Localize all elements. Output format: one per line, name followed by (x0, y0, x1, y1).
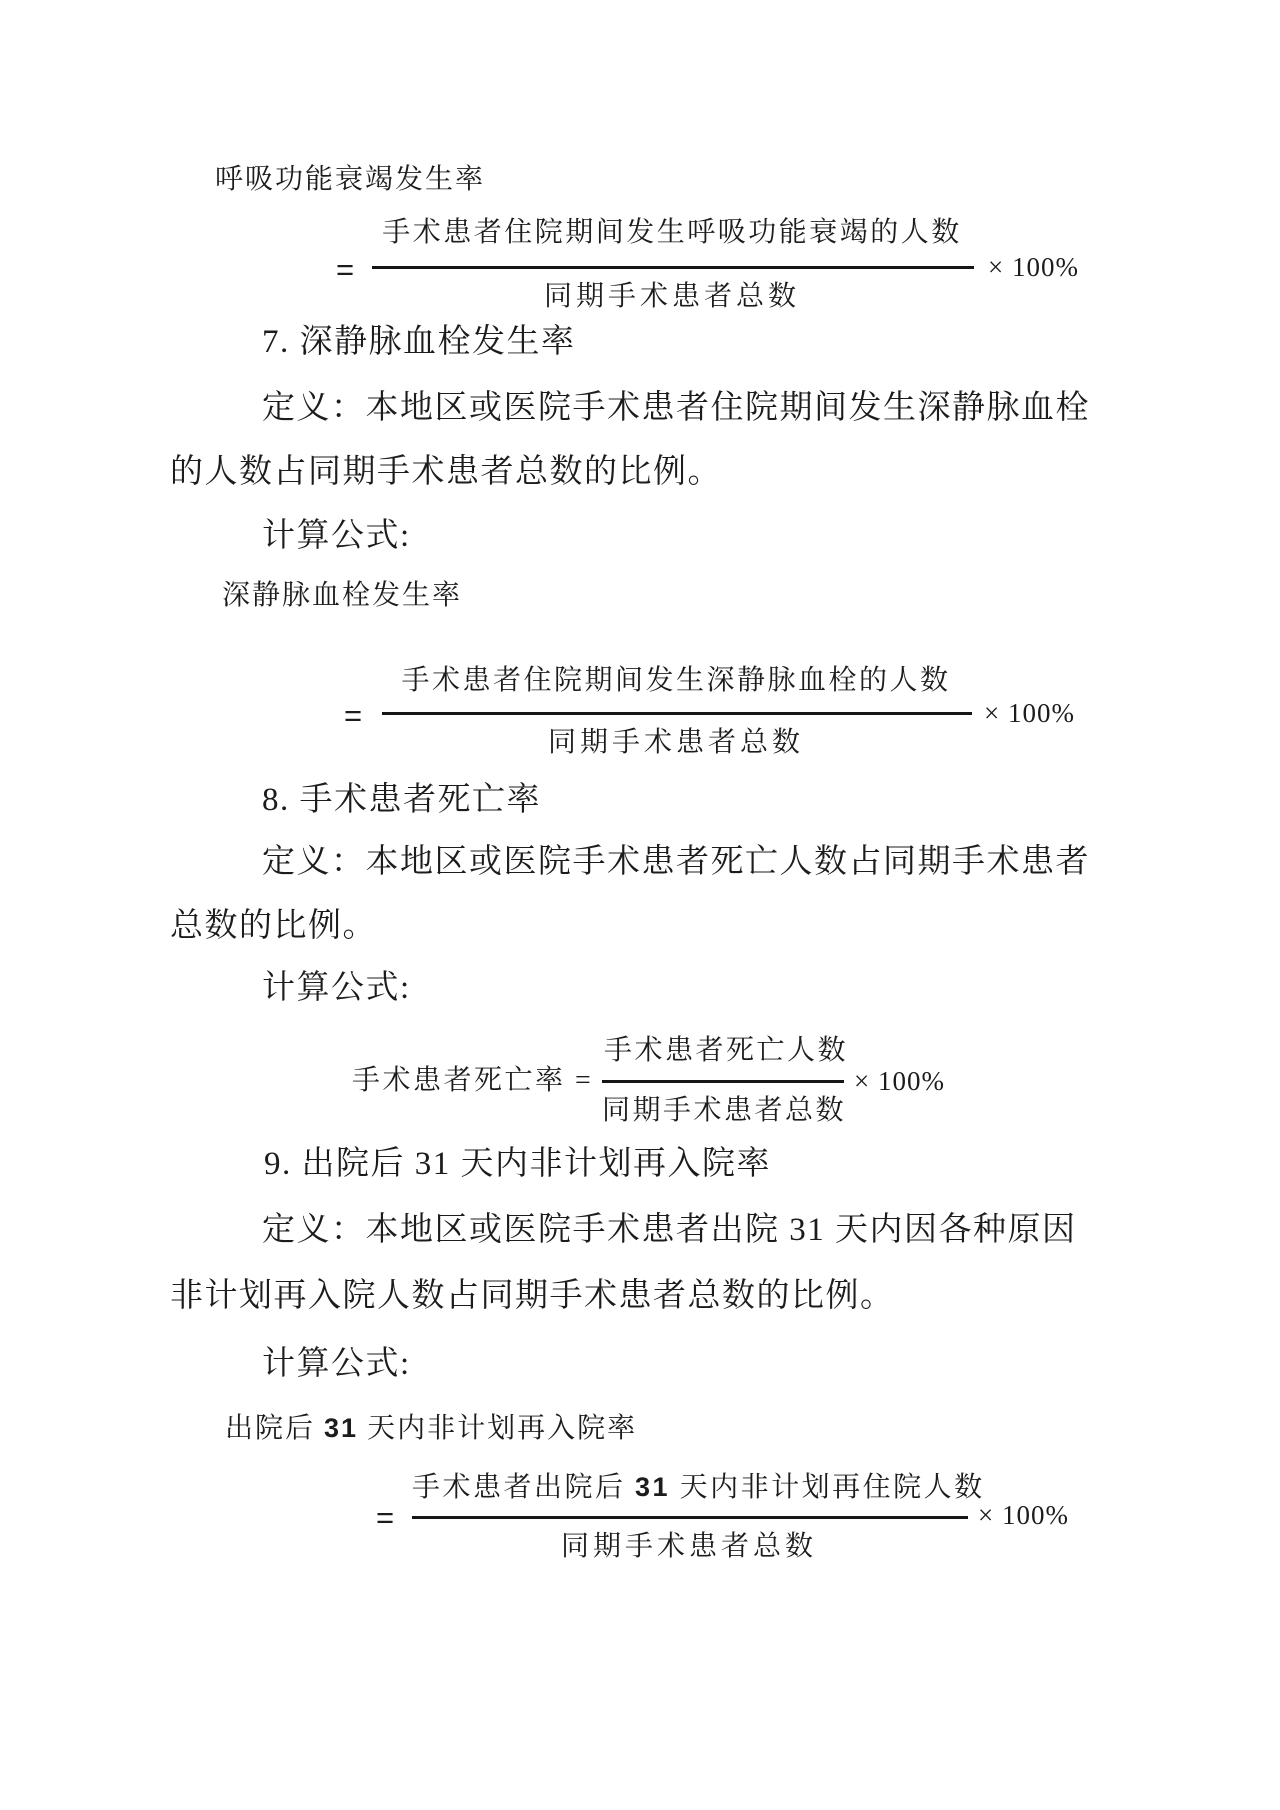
mortality-numerator: 手术患者死亡人数 (604, 1034, 844, 1068)
resp-failure-denominator: 同期手术患者总数 (372, 280, 972, 314)
definition-text: 天内因各种原因 (825, 1212, 1076, 1248)
mortality-formula-label: 手术患者死亡率 = (352, 1064, 593, 1098)
dvt-equals-sign: = (344, 698, 362, 734)
resp-failure-formula-label: 呼吸功能衰竭发生率 (215, 162, 485, 198)
numerator-text: 手术患者出院后 (412, 1472, 635, 1503)
resp-failure-equals-sign: = (336, 252, 354, 288)
readmission-equals-sign: = (376, 1500, 394, 1536)
definition-text: 定义：本地区或医院手术患者出院 (262, 1212, 789, 1248)
section7-calc-label: 计算公式: (262, 516, 411, 556)
fraction-line (372, 266, 974, 269)
section9-definition-line1: 定义：本地区或医院手术患者出院 31 天内因各种原因 (262, 1210, 1077, 1250)
section7-heading: 7. 深静脉血栓发生率 (262, 322, 576, 362)
readmission-denominator: 同期手术患者总数 (412, 1530, 966, 1564)
numerator-number: 31 (635, 1472, 670, 1502)
section8-heading: 8. 手术患者死亡率 (262, 780, 541, 820)
section7-definition-line2: 的人数占同期手术患者总数的比例。 (170, 452, 722, 492)
section7-definition-line1: 定义：本地区或医院手术患者住院期间发生深静脉血栓 (262, 388, 1090, 428)
resp-failure-numerator: 手术患者住院期间发生呼吸功能衰竭的人数 (372, 216, 972, 250)
dvt-formula-label: 深静脉血栓发生率 (222, 578, 462, 614)
document-page: 呼吸功能衰竭发生率 = 手术患者住院期间发生呼吸功能衰竭的人数 同期手术患者总数… (0, 0, 1280, 1810)
label-number: 31 (324, 1413, 358, 1443)
section8-calc-label: 计算公式: (262, 968, 411, 1008)
label-text: 天内非计划再入院率 (358, 1413, 637, 1444)
section8-definition-line2: 总数的比例。 (170, 906, 377, 946)
section8-definition-line1: 定义：本地区或医院手术患者死亡人数占同期手术患者 (262, 842, 1090, 882)
mortality-denominator: 同期手术患者总数 (592, 1094, 856, 1128)
resp-failure-multiplier: × 100% (988, 252, 1079, 283)
readmission-numerator: 手术患者出院后 31 天内非计划再住院人数 (412, 1470, 966, 1505)
dvt-denominator: 同期手术患者总数 (382, 726, 970, 760)
numerator-text: 天内非计划再住院人数 (670, 1472, 985, 1503)
dvt-numerator: 手术患者住院期间发生深静脉血栓的人数 (382, 664, 970, 698)
section9-calc-label: 计算公式: (262, 1344, 411, 1384)
readmission-formula-label: 出院后 31 天内非计划再入院率 (225, 1410, 637, 1447)
mortality-multiplier: × 100% (854, 1066, 945, 1097)
dvt-multiplier: × 100% (984, 698, 1075, 729)
fraction-line (602, 1080, 844, 1083)
fraction-line (412, 1516, 968, 1519)
fraction-line (382, 712, 972, 715)
readmission-multiplier: × 100% (978, 1500, 1069, 1531)
section9-heading: 9. 出院后 31 天内非计划再入院率 (264, 1144, 771, 1184)
label-text: 出院后 (225, 1413, 324, 1444)
section9-definition-line2: 非计划再入院人数占同期手术患者总数的比例。 (170, 1276, 895, 1316)
definition-number: 31 (789, 1212, 825, 1248)
